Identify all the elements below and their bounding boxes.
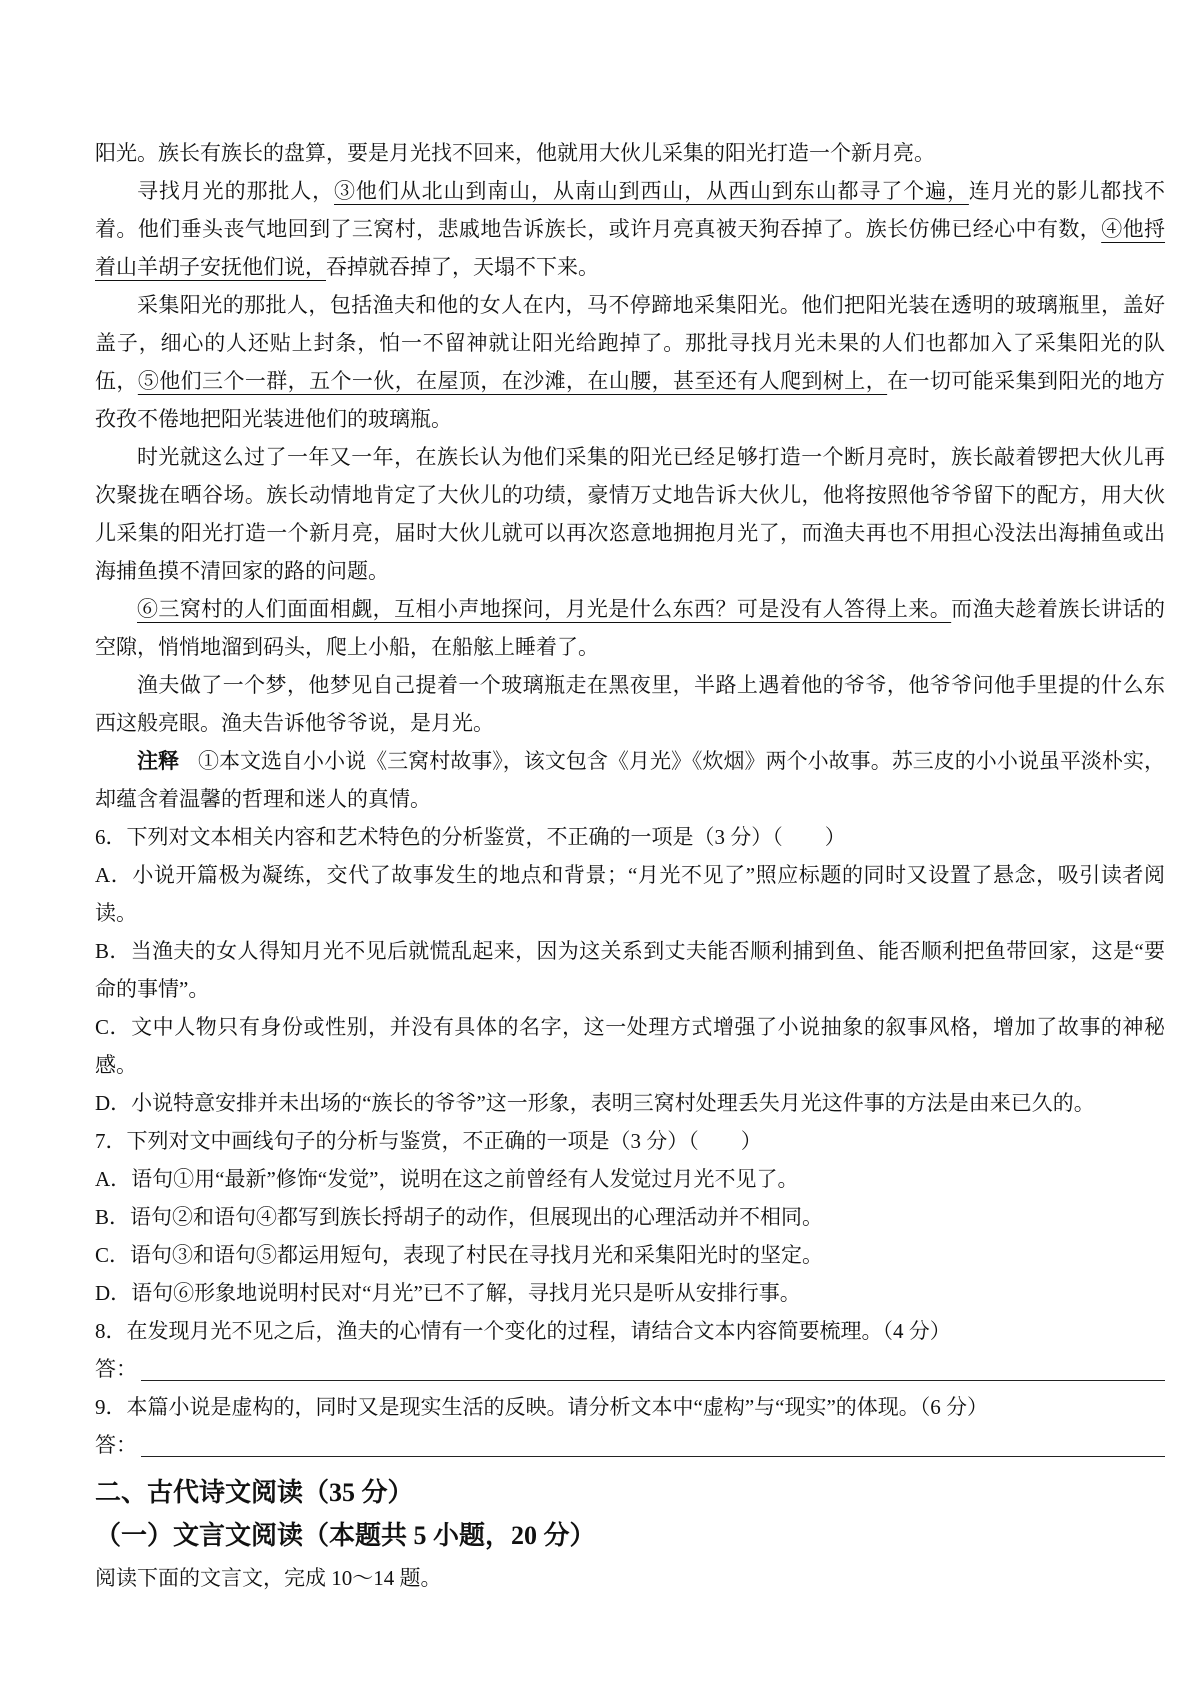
question-7-option-d: D．语句⑥形象地说明村民对“月光”已不了解，寻找月光只是听从安排行事。 [95,1274,1165,1312]
story-text: 寻找月光的那批人， [137,179,334,203]
story-paragraph-2: 寻找月光的那批人，③他们从北山到南山，从南山到西山，从西山到东山都寻了个遍，连月… [95,172,1165,286]
question-7-stem: 7．下列对文中画线句子的分析与鉴赏，不正确的一项是（3 分）（ ） [95,1122,1165,1160]
answer-label: 答： [95,1350,137,1388]
question-7-option-c: C．语句③和语句⑤都运用短句，表现了村民在寻找月光和采集阳光时的坚定。 [95,1236,1165,1274]
answer-blank-line [141,1426,1165,1457]
story-paragraph-1: 阳光。族长有族长的盘算，要是月光找不回来，他就用大伙儿采集的阳光打造一个新月亮。 [95,134,1165,172]
story-paragraph-6: 渔夫做了一个梦，他梦见自己提着一个玻璃瓶走在黑夜里，半路上遇着他的爷爷，他爷爷问… [95,666,1165,742]
note-text: ①本文选自小小说《三窝村故事》，该文包含《月光》《炊烟》两个小故事。苏三皮的小小… [95,749,1165,811]
story-paragraph-5: ⑥三窝村的人们面面相觑，互相小声地探问，月光是什么东西？可是没有人答得上来。而渔… [95,590,1165,666]
answer-blank-line [141,1350,1165,1381]
classical-reading-intro: 阅读下面的文言文，完成 10～14 题。 [95,1558,1165,1598]
underlined-sentence-5: ⑤他们三个一群，五个一伙，在屋顶，在沙滩，在山腰，甚至还有人爬到树上， [138,369,887,393]
story-paragraph-3: 采集阳光的那批人，包括渔夫和他的女人在内，马不停蹄地采集阳光。他们把阳光装在透明… [95,286,1165,438]
story-text: 阳光。族长有族长的盘算，要是月光找不回来，他就用大伙儿采集的阳光打造一个新月亮。 [95,141,935,165]
story-text: 时光就这么过了一年又一年，在族长认为他们采集的阳光已经足够打造一个断月亮时，族长… [95,445,1165,583]
question-9-stem: 9．本篇小说是虚构的，同时又是现实生活的反映。请分析文本中“虚构”与“现实”的体… [95,1388,1165,1426]
story-paragraph-4: 时光就这么过了一年又一年，在族长认为他们采集的阳光已经足够打造一个断月亮时，族长… [95,438,1165,590]
question-6-option-a: A．小说开篇极为凝练，交代了故事发生的地点和背景；“月光不见了”照应标题的同时又… [95,856,1165,932]
question-7-option-b: B．语句②和语句④都写到族长捋胡子的动作，但展现出的心理活动并不相同。 [95,1198,1165,1236]
note-paragraph: 注释①本文选自小小说《三窝村故事》，该文包含《月光》《炊烟》两个小故事。苏三皮的… [95,742,1165,818]
question-8-stem: 8．在发现月光不见之后，渔夫的心情有一个变化的过程，请结合文本内容简要梳理。（4… [95,1312,1165,1350]
question-6-stem: 6．下列对文本相关内容和艺术特色的分析鉴赏，不正确的一项是（3 分）（ ） [95,818,1165,856]
note-label: 注释 [137,749,179,773]
question-9-answer-row: 答： [95,1426,1165,1464]
question-7-option-a: A．语句①用“最新”修饰“发觉”，说明在这之前曾经有人发觉过月光不见了。 [95,1160,1165,1198]
story-text: 渔夫做了一个梦，他梦见自己提着一个玻璃瓶走在黑夜里，半路上遇着他的爷爷，他爷爷问… [95,673,1165,735]
question-6-option-c: C．文中人物只有身份或性别，并没有具体的名字，这一处理方式增强了小说抽象的叙事风… [95,1008,1165,1084]
exam-page: 阳光。族长有族长的盘算，要是月光找不回来，他就用大伙儿采集的阳光打造一个新月亮。… [0,0,1200,1698]
section-2-heading: 二、古代诗文阅读（35 分） [95,1472,1165,1514]
underlined-sentence-6: ⑥三窝村的人们面面相觑，互相小声地探问，月光是什么东西？可是没有人答得上来。 [137,597,951,621]
answer-label: 答： [95,1426,137,1464]
question-6-option-d: D．小说特意安排并未出场的“族长的爷爷”这一形象，表明三窝村处理丢失月光这件事的… [95,1084,1165,1122]
question-8-answer-row: 答： [95,1350,1165,1388]
story-text: 吞掉就吞掉了，天塌不下来。 [326,255,599,279]
underlined-sentence-3: ③他们从北山到南山，从南山到西山，从西山到东山都寻了个遍， [334,179,969,203]
question-6-option-b: B．当渔夫的女人得知月光不见后就慌乱起来，因为这关系到丈夫能否顺利捕到鱼、能否顺… [95,932,1165,1008]
section-2-1-subheading: （一）文言文阅读（本题共 5 小题，20 分） [95,1514,1165,1558]
